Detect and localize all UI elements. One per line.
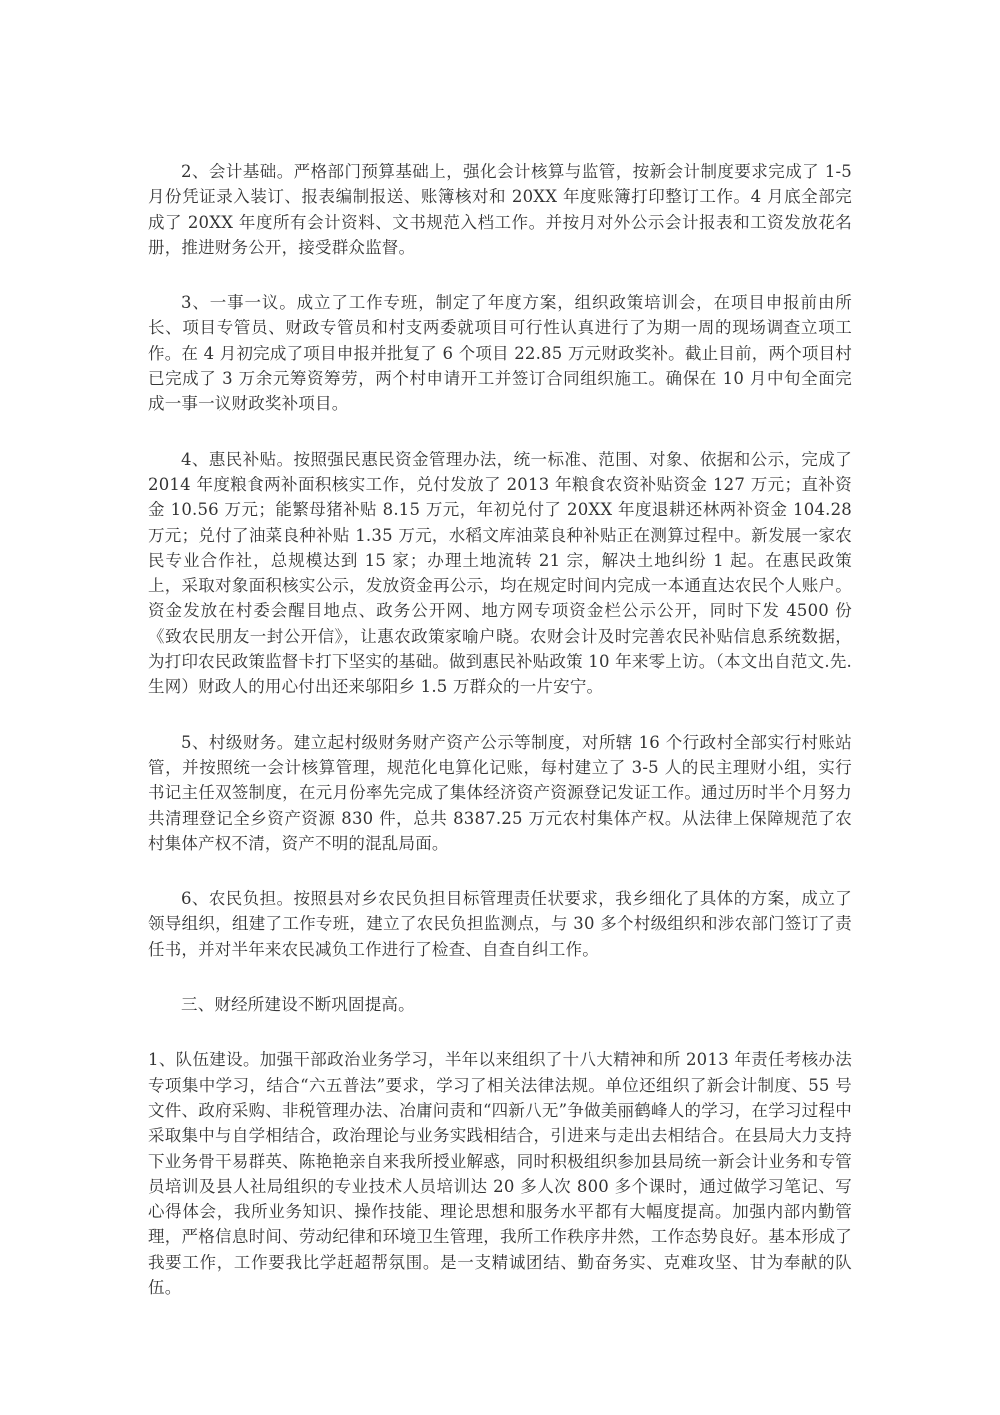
section-heading-finance-office: 三、财经所建设不断巩固提高。 xyxy=(148,992,852,1017)
para-farmer-burden: 6、农民负担。按照县对乡农民负担目标管理责任状要求，我乡细化了具体的方案，成立了… xyxy=(148,886,852,962)
para-one-case-one-meeting: 3、一事一议。成立了工作专班，制定了年度方案，组织政策培训会，在项目申报前由所长… xyxy=(148,290,852,416)
para-village-finance: 5、村级财务。建立起村级财务财产资产公示等制度，对所辖 16 个行政村全部实行村… xyxy=(148,730,852,856)
document-page: 2、会计基础。严格部门预算基础上，强化会计核算与监管，按新会计制度要求完成了 1… xyxy=(148,159,852,1300)
para-benefit-subsidies: 4、惠民补贴。按照强民惠民资金管理办法，统一标准、范围、对象、依据和公示，完成了… xyxy=(148,447,852,700)
para-team-building: 1、队伍建设。加强干部政治业务学习，半年以来组织了十八大精神和所 2013 年责… xyxy=(148,1047,852,1300)
para-accounting-basis: 2、会计基础。严格部门预算基础上，强化会计核算与监管，按新会计制度要求完成了 1… xyxy=(148,159,852,260)
